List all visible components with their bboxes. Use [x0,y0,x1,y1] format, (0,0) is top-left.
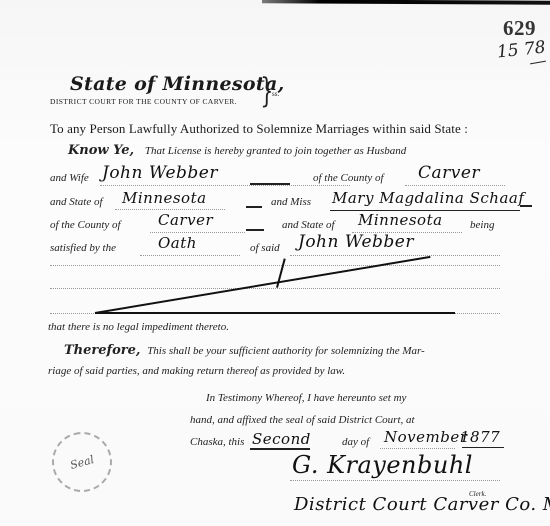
impediment-text: that there is no legal impediment theret… [48,321,229,333]
strike-horizontal [95,312,455,314]
document-page: 629 15 78 State of Minnesota, DISTRICT C… [0,0,550,526]
month-value: November [384,428,467,446]
groom-state-line [115,209,225,210]
groom-county-line [405,185,505,186]
testimony-line-3-label: Chaska, this [190,436,244,448]
line-5-said-label: of said [250,242,280,254]
groom-county: Carver [418,163,480,183]
testimony-line-1: In Testimony Whereof, I have hereunto se… [206,392,406,404]
bride-state: Minnesota [358,211,443,229]
line-3-miss-label: and Miss [271,196,311,208]
salutation: To any Person Lawfully Authorized to Sol… [50,121,468,137]
state-title: State of Minnesota, [70,73,285,95]
seal-label: Seal [69,453,96,472]
ss-label: ss. [272,90,279,98]
groom-dash [250,183,290,185]
testimony-line-2: hand, and affixed the seal of said Distr… [190,414,415,426]
line-1: Know Ye, That License is hereby granted … [68,143,406,158]
said-person-line [290,255,500,256]
line-2-label: and Wife [50,172,89,184]
year-line [462,447,504,448]
document-number: 629 [503,16,536,41]
satisfied-by-line [140,255,240,256]
bride-county: Carver [158,211,213,229]
therefore-line-1: Therefore, This shall be your sufficient… [64,343,425,358]
court-seal-icon: Seal [45,425,118,498]
know-ye-heading: Know Ye, [68,143,134,158]
day-of-label: day of [342,436,369,448]
line-4-label: of the County of [50,219,121,231]
license-granted-text: That License is hereby granted to join t… [145,145,406,157]
groom-name-line [100,185,350,186]
day-value: Second [252,430,311,448]
line-5-label: satisfied by the [50,242,116,254]
court-line: DISTRICT COURT FOR THE COUNTY OF CARVER. [50,97,237,106]
clerk-office: District Court Carver Co. Minn. [294,494,550,515]
groom-state: Minnesota [122,189,207,207]
line-4-state-label: and State of [282,219,335,231]
blank-line-1 [50,265,500,266]
blank-line-2 [50,288,500,289]
scan-edge [262,0,550,5]
said-person: John Webber [298,232,414,252]
being-label: being [470,219,494,231]
satisfied-by: Oath [158,234,197,252]
year-value: 1877 [460,428,500,446]
pen-stroke [277,259,286,288]
bride-name: Mary Magdalina Schaaf [332,189,524,207]
bride-county-line [150,232,245,233]
day-line [250,448,310,450]
reference-number: 15 78 [496,38,546,63]
line-2-county-label: of the County of [313,172,384,184]
line-3-label: and State of [50,196,103,208]
therefore-heading: Therefore, [64,343,140,358]
therefore-text-1: This shall be your sufficient authority … [147,345,425,357]
groom-state-dash [246,206,262,208]
groom-name: John Webber [102,163,218,183]
reference-underline [530,61,546,65]
bride-county-dash [246,229,264,231]
bride-name-dash [520,205,532,207]
month-line [380,448,455,449]
signature-line [290,480,500,481]
clerk-signature: G. Krayenbuhl [292,451,473,479]
therefore-text-2: riage of said parties, and making return… [48,365,345,377]
